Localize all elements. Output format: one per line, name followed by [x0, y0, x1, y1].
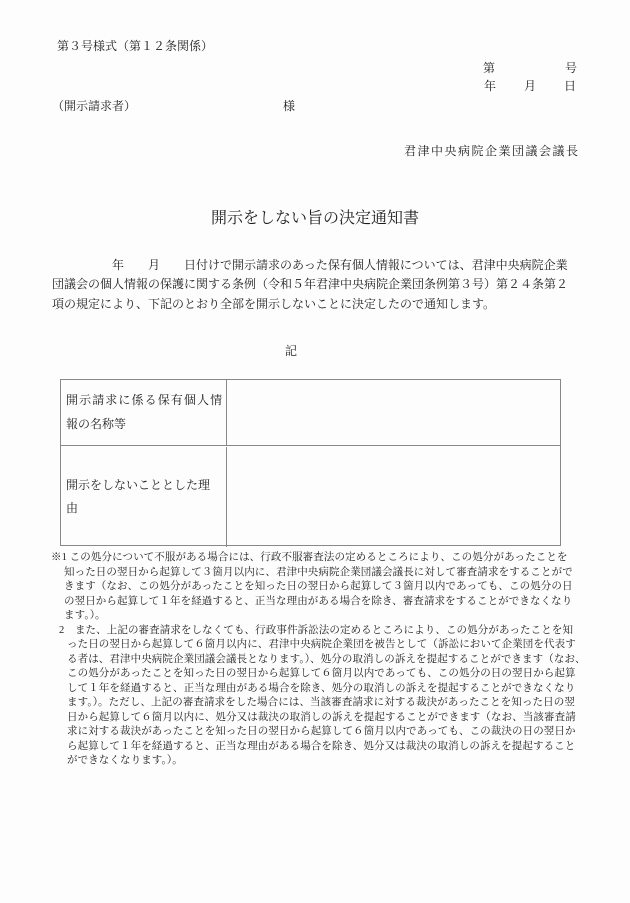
label-cell-information-name: 開示請求に係る保有個人情 報の名称等 — [61, 380, 227, 445]
note-2-line: して１年を経過すると、正当な理由がある場合を除き、処分の取消しの訴えを提起するこ… — [51, 682, 586, 697]
body-line: 年 月 日付けで開示請求のあった保有個人情報については、君津中央病院企業 — [52, 256, 568, 275]
table-row: 開示をしないこととした理 由 — [61, 447, 560, 547]
note-2-line: ができなくなります。）。 — [51, 754, 586, 769]
value-cell-information-name — [227, 380, 560, 445]
note-1-line: 知った日の翌日から起算して３箇月以内に、君津中央病院企業団議会議長に対して審査請… — [51, 566, 586, 581]
record-marker: 記 — [285, 344, 297, 358]
note-1-line: の翌日から起算して１年を経過すると、正当な理由がある場合を除き、審査請求をするこ… — [51, 595, 586, 610]
addressee-line: （開示請求者） 様 — [52, 99, 580, 113]
sender-name: 君津中央病院企業団議会議長 — [404, 144, 580, 158]
form-number: 第３号様式（第１２条関係） — [57, 39, 213, 53]
body-paragraph: 年 月 日付けで開示請求のあった保有個人情報については、君津中央病院企業 団議会… — [52, 256, 568, 314]
date-line: 年 月 日 — [0, 79, 630, 93]
body-line: 団議会の個人情報の保護に関する条例（令和５年君津中央病院企業団条例第３号）第２４… — [52, 275, 568, 294]
note-2-line: った日の翌日から起算して６箇月以内に、君津中央病院企業団を被告として（訴訟におい… — [51, 638, 586, 653]
note-2-line: 日から起算して６箇月以内に、処分又は裁決の取消しの訴えを提起することができます（… — [51, 711, 586, 726]
note-2-line: ら起算して１年を経過すると、正当な理由がある場合を除き、処分又は裁決の取消しの訴… — [51, 740, 586, 755]
note-2-line: る者は、君津中央病院企業団議会議長となります。）、処分の取消しの訴えを提起するこ… — [51, 653, 586, 668]
doc-number-suffix: 号 — [565, 61, 577, 75]
month-label: 月 — [524, 79, 536, 93]
note-2-line: この処分があったことを知った日の翌日から起算して６箇月以内であっても、この処分の… — [51, 667, 586, 682]
note-2-line: 求に対する裁決があったことを知った日の翌日から起算して６箇月以内であっても、この… — [51, 725, 586, 740]
value-cell-reason — [227, 447, 560, 547]
note-2-line: ます。）。ただし、上記の審査請求をした場合には、当該審査請求に対する裁決があった… — [51, 696, 586, 711]
label-cell-reason: 開示をしないこととした理 由 — [61, 447, 227, 547]
body-line: 項の規定により、下記のとおり全部を開示しないことに決定したので通知します。 — [52, 295, 568, 314]
honorific-label: 様 — [283, 99, 295, 113]
addressee-label: （開示請求者） — [52, 99, 136, 113]
label-line: 報の名称等 — [66, 413, 222, 436]
doc-number-line: 第 号 — [0, 61, 630, 75]
note-1-line: ※1 この処分について不服がある場合には、行政不服審査法の定めるところにより、こ… — [51, 551, 586, 566]
disclosure-table: 開示請求に係る保有個人情 報の名称等 開示をしないこととした理 由 — [60, 379, 561, 546]
document-page: 第３号様式（第１２条関係） 第 号 年 月 日 （開示請求者） 様 君津中央病院… — [0, 0, 630, 903]
note-1-line: きます（なお、この処分があったことを知った日の翌日から起算して３箇月以内であって… — [51, 580, 586, 595]
note-2-line: 2 また、上記の審査請求をしなくても、行政事件訴訟法の定めるところにより、この処… — [51, 624, 586, 639]
day-label: 日 — [564, 79, 576, 93]
notes-section: ※1 この処分について不服がある場合には、行政不服審査法の定めるところにより、こ… — [51, 551, 586, 769]
label-line: 開示をしないこととした理 — [66, 474, 222, 497]
note-1-line: ます。）。 — [51, 609, 586, 624]
year-label: 年 — [484, 79, 496, 93]
page-title: 開示をしない旨の決定通知書 — [0, 209, 630, 229]
table-row: 開示請求に係る保有個人情 報の名称等 — [61, 380, 560, 446]
label-line: 由 — [66, 497, 222, 520]
doc-number-prefix: 第 — [483, 61, 495, 75]
label-line: 開示請求に係る保有個人情 — [66, 389, 222, 412]
